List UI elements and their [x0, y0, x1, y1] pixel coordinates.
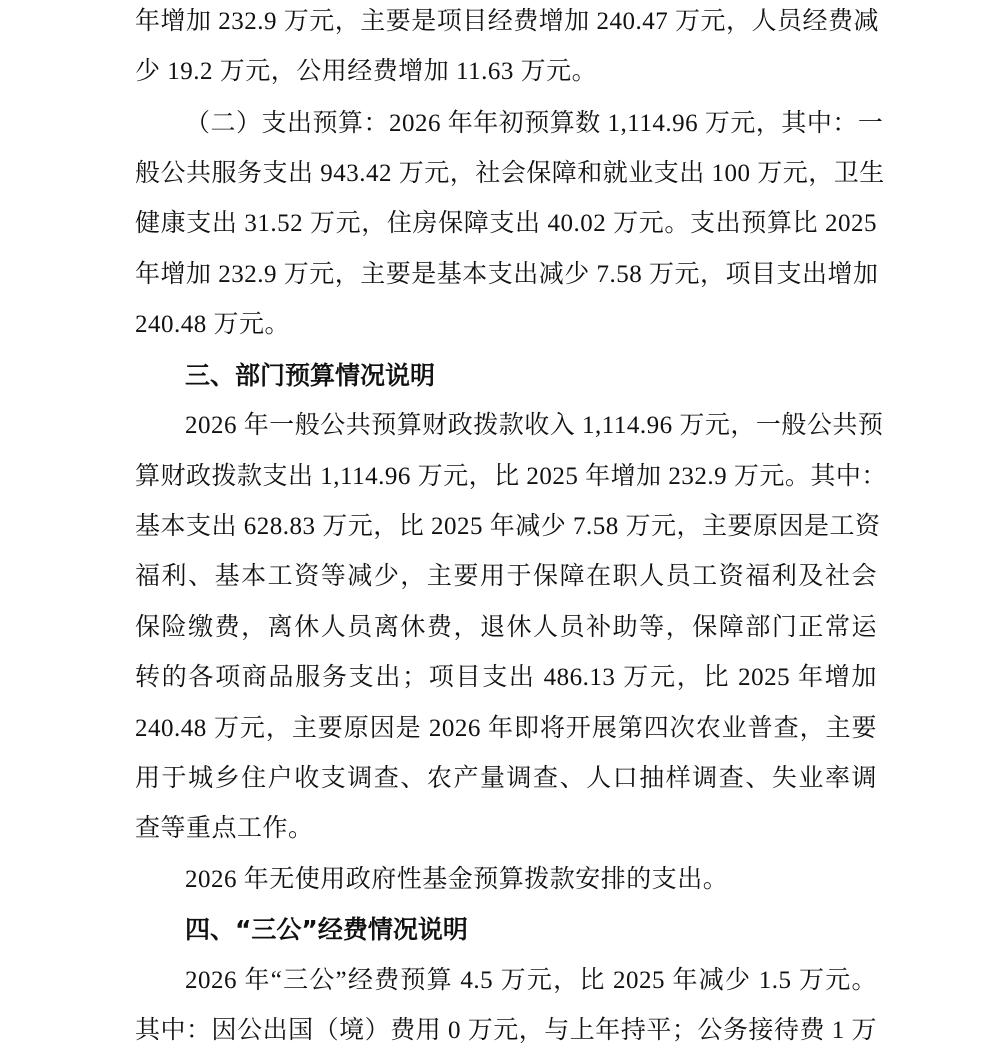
text-line: 其中：因公出国（境）费用 0 万元，与上年持平；公务接待费 1 万 [135, 1013, 877, 1049]
text-line: 240.48 万元。 [135, 307, 877, 343]
section-heading: 三、部门预算情况说明 [185, 358, 877, 394]
text-line: 查等重点工作。 [135, 811, 877, 847]
text-line: 240.48 万元，主要原因是 2026 年即将开展第四次农业普查，主要 [135, 711, 877, 747]
text-line: 福利、基本工资等减少，主要用于保障在职人员工资福利及社会 [135, 559, 877, 595]
section-heading: 四、“三公”经费情况说明 [185, 912, 877, 948]
text-line: 基本支出 628.83 万元，比 2025 年减少 7.58 万元，主要原因是工… [135, 509, 877, 545]
text-line: 2026 年一般公共预算财政拨款收入 1,114.96 万元，一般公共预 [185, 408, 877, 444]
text-line: 般公共服务支出 943.42 万元，社会保障和就业支出 100 万元，卫生 [135, 156, 877, 192]
text-line: 保险缴费，离休人员离休费，退休人员补助等，保障部门正常运 [135, 610, 877, 646]
text-line: 2026 年“三公”经费预算 4.5 万元，比 2025 年减少 1.5 万元。 [185, 963, 877, 999]
text-line: 年增加 232.9 万元，主要是基本支出减少 7.58 万元，项目支出增加 [135, 257, 877, 293]
subsection-heading-line: （二）支出预算：2026 年年初预算数 1,114.96 万元，其中：一 [185, 106, 877, 142]
text-line: 少 19.2 万元，公用经费增加 11.63 万元。 [135, 54, 877, 90]
text-line: 年增加 232.9 万元，主要是项目经费增加 240.47 万元，人员经费减 [135, 4, 877, 40]
text-line: 转的各项商品服务支出；项目支出 486.13 万元，比 2025 年增加 [135, 660, 877, 696]
text-line: 用于城乡住户收支调查、农产量调查、人口抽样调查、失业率调 [135, 761, 877, 797]
text-line: 2026 年无使用政府性基金预算拨款安排的支出。 [185, 862, 877, 898]
text-line: 健康支出 31.52 万元，住房保障支出 40.02 万元。支出预算比 2025 [135, 206, 877, 242]
text-line: 算财政拨款支出 1,114.96 万元，比 2025 年增加 232.9 万元。… [135, 459, 877, 495]
